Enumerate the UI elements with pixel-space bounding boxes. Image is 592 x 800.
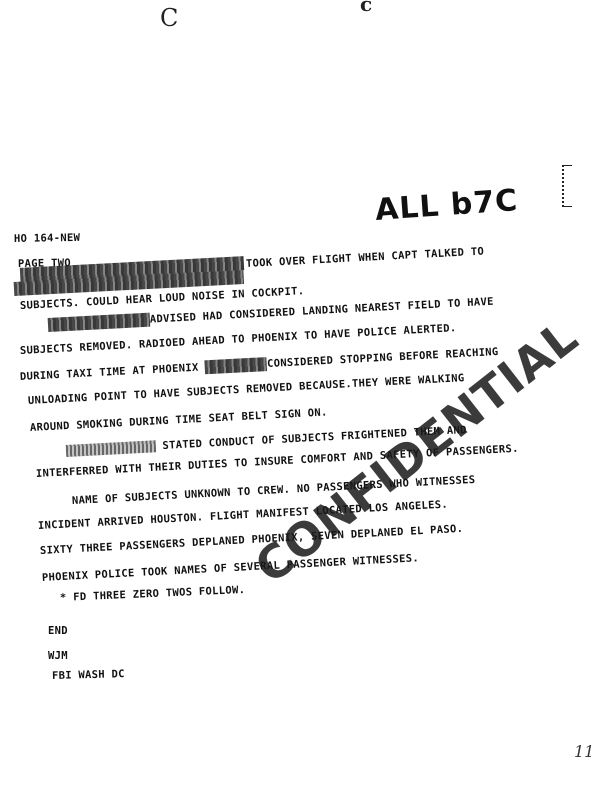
line-text: CONSIDERED STOPPING BEFORE REACHING bbox=[267, 346, 499, 370]
line-text: PHOENIX POLICE TOOK NAMES OF SEVERAL PAS… bbox=[42, 552, 420, 584]
body-line: TOOK OVER FLIGHT WHEN CAPT TALKED TO bbox=[246, 246, 485, 270]
handwritten-note: ALL b7C bbox=[374, 183, 519, 228]
body-line: PHOENIX POLICE TOOK NAMES OF SEVERAL PAS… bbox=[42, 552, 420, 584]
body-line: * FD THREE ZERO TWOS FOLLOW. bbox=[60, 584, 246, 604]
margin-mark: c bbox=[360, 0, 372, 16]
file-reference: HO 164-NEW bbox=[14, 232, 80, 245]
office: FBI WASH DC bbox=[52, 668, 125, 682]
line-text: AROUND SMOKING DURING TIME SEAT BELT SIG… bbox=[30, 406, 328, 434]
end-marker: END bbox=[48, 625, 68, 637]
body-line: AROUND SMOKING DURING TIME SEAT BELT SIG… bbox=[30, 406, 328, 434]
bracket-mark bbox=[562, 165, 572, 207]
line-text: DURING TAXI TIME AT PHOENIX bbox=[20, 361, 206, 383]
margin-mark: C bbox=[160, 4, 178, 32]
initials: WJM bbox=[48, 650, 68, 662]
redaction-block bbox=[48, 313, 151, 332]
redaction-block bbox=[205, 357, 268, 374]
redaction-block bbox=[66, 440, 157, 457]
page-mark: 11 bbox=[574, 742, 592, 761]
line-text: * FD THREE ZERO TWOS FOLLOW. bbox=[60, 584, 246, 604]
line-text: TOOK OVER FLIGHT WHEN CAPT TALKED TO bbox=[246, 246, 485, 270]
